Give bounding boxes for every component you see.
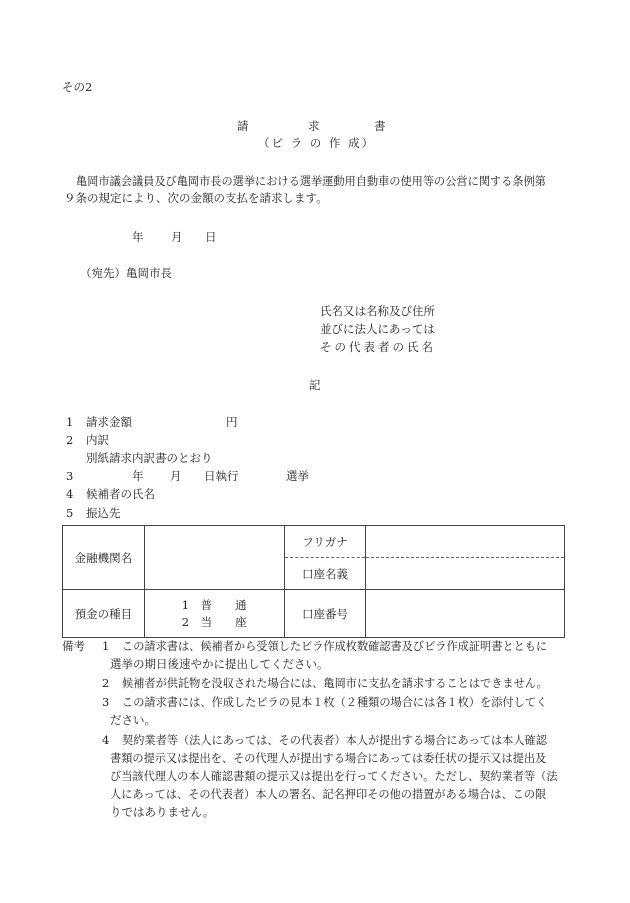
ki-marker: 記: [309, 380, 321, 392]
intro-line-1: 亀岡市議会議員及び亀岡市長の選挙における選挙運動用自動車の使用等の公営に関する条…: [76, 176, 546, 187]
institution-input-cell[interactable]: [144, 526, 284, 590]
note-1-line-2: 選挙の期日後速やかに提出してください。: [110, 659, 329, 671]
remarks-heading: 備考: [62, 641, 85, 653]
note-4-line-2: 書類の提示又は提出を、その代理人が提出する場合にあっては委任状の提示又は提出及: [110, 753, 546, 764]
note-3-line-2: ださい。: [110, 715, 156, 727]
account-number-label-cell: 口座番号: [284, 590, 366, 638]
furigana-label: フリガナ: [302, 535, 347, 549]
furigana-label-cell: フリガナ: [284, 526, 366, 558]
deposit-type-label: 預金の種目: [75, 607, 133, 621]
intro-line-2: ９条の規定により、次の金額の支払を請求します。: [64, 193, 328, 205]
institution-label: 金融機関名: [75, 551, 133, 565]
item-2-sub: 別紙請求内訳書のとおり: [86, 453, 213, 465]
form-number: その2: [62, 82, 92, 94]
title-char-1: 請: [237, 121, 249, 133]
date-month: 月: [171, 232, 183, 244]
note-1-line-1: この請求書は、候補者から受領したビラ作成枚数確認書及びビラ作成証明書とともに: [122, 641, 547, 652]
signer-line-2: 並びに法人にあっては: [320, 324, 435, 336]
item-4-number: 4: [66, 489, 73, 501]
note-3-number: 3: [102, 697, 109, 709]
bank-transfer-table: 金融機関名 フリガナ 口座名義 預金の種目 1 普 通 2 当 座 口座番号: [62, 525, 565, 638]
note-4-number: 4: [102, 735, 109, 747]
note-4-line-3: び当該代理人の本人確認書類の提示又は提出を行ってください。ただし、契約業者等（法: [110, 771, 558, 782]
item-1-label: 請求金額: [86, 417, 132, 429]
signer-line-3: その代表者の氏名: [320, 342, 436, 354]
item-1-suffix: 円: [226, 417, 238, 429]
signer-line-1: 氏名又は名称及び住所: [320, 306, 435, 318]
item-1-number: 1: [66, 417, 73, 429]
account-number-input-cell[interactable]: [366, 590, 565, 638]
note-4-line-1: 契約業者等（法人にあっては、その代表者）本人が提出する場合にあっては本人確認: [122, 735, 547, 746]
item-4-label: 候補者の氏名: [86, 489, 155, 501]
title-char-2: 求: [308, 121, 320, 133]
deposit-option-ordinary[interactable]: 1 普 通: [145, 597, 284, 614]
institution-label-cell: 金融機関名: [63, 526, 145, 590]
deposit-option-current[interactable]: 2 当 座: [145, 614, 284, 631]
deposit-type-label-cell: 預金の種目: [63, 590, 145, 638]
item-3-day: 日執行: [204, 471, 239, 483]
addressee: （宛先）亀岡市長: [80, 268, 172, 280]
account-name-label: 口座名義: [302, 567, 348, 581]
account-name-label-cell: 口座名義: [284, 558, 366, 590]
item-3-election: 選挙: [286, 471, 309, 483]
date-day: 日: [205, 232, 217, 244]
account-number-label: 口座番号: [302, 607, 348, 621]
note-4-line-4: 人にあっては、その代表者）本人の署名、記名押印その他の措置がある場合は、この限: [110, 789, 546, 800]
account-name-input-cell[interactable]: [366, 558, 565, 590]
item-2-number: 2: [66, 435, 73, 447]
note-3-line-1: この請求書には、作成したビラの見本１枚（２種類の場合には各１枚）を添付してく: [122, 697, 547, 708]
item-3-year: 年: [132, 471, 144, 483]
title-char-3: 書: [374, 121, 386, 133]
note-2-line-1: 候補者が供託物を没収された場合には、亀岡市に支払を請求することはできません。: [122, 678, 548, 689]
note-2-number: 2: [102, 678, 109, 690]
furigana-input-cell[interactable]: [366, 526, 565, 558]
date-year: 年: [132, 232, 144, 244]
item-3-number: 3: [66, 471, 73, 483]
item-5-label: 振込先: [86, 508, 121, 520]
item-2-label: 内訳: [86, 435, 109, 447]
note-1-number: 1: [102, 641, 109, 653]
document-subtitle: （ビ ラ の 作 成）: [258, 138, 375, 150]
deposit-type-options-cell[interactable]: 1 普 通 2 当 座: [144, 590, 284, 638]
item-3-month: 月: [170, 471, 182, 483]
note-4-line-5: りではありません。: [110, 807, 214, 819]
item-5-number: 5: [66, 508, 73, 520]
